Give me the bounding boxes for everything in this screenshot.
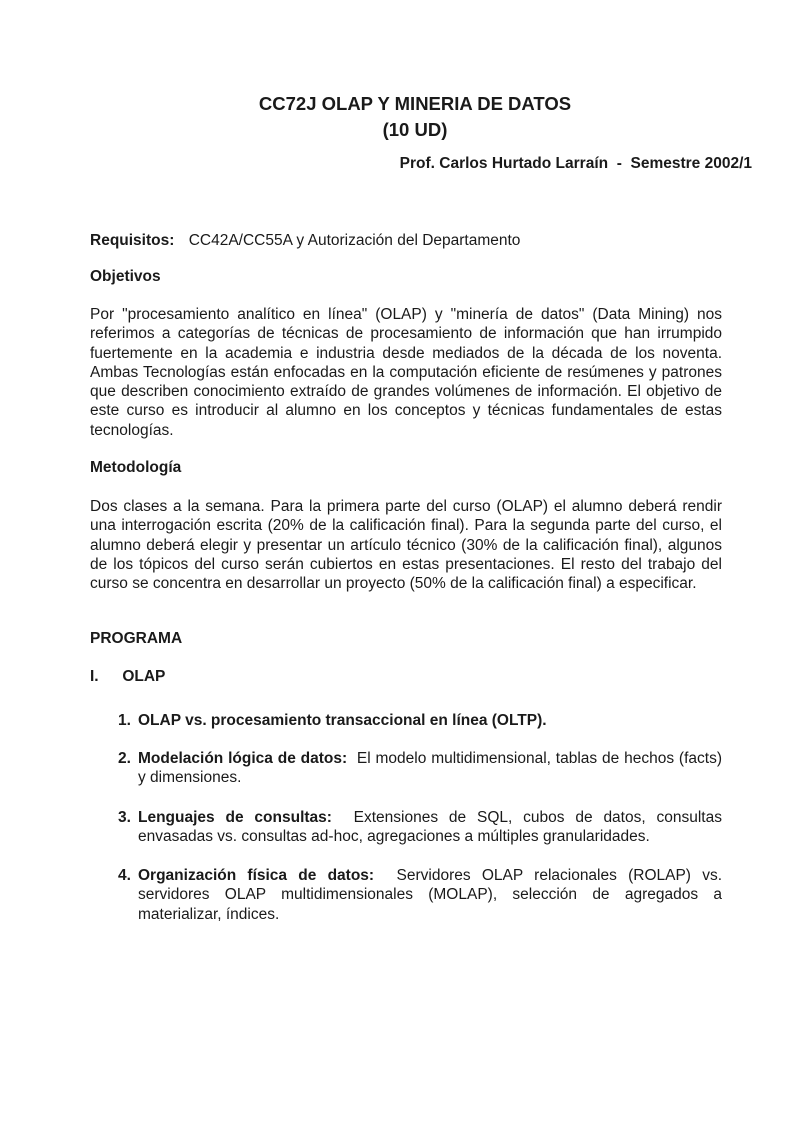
requisitos-value: CC42A/CC55A y Autorización del Departame…	[189, 232, 521, 249]
requisitos-label: Requisitos:	[90, 232, 174, 249]
item-title: Organización física de datos:	[138, 867, 374, 884]
program-item: 4. Organización física de datos: Servido…	[118, 866, 722, 924]
item-number: 4.	[118, 866, 131, 885]
section-number: I.	[90, 668, 118, 686]
item-number: 1.	[118, 711, 131, 730]
section-olap: I. OLAP	[90, 668, 165, 686]
program-item: 3. Lenguajes de consultas: Extensiones d…	[118, 808, 722, 847]
metodologia-heading: Metodología	[90, 459, 181, 477]
program-item: 2. Modelación lógica de datos: El modelo…	[118, 749, 722, 788]
programa-heading: PROGRAMA	[90, 630, 182, 648]
metodologia-paragraph: Dos clases a la semana. Para la primera …	[90, 497, 722, 593]
item-title: Modelación lógica de datos:	[138, 750, 347, 767]
objetivos-heading: Objetivos	[90, 268, 161, 286]
section-title: OLAP	[122, 668, 165, 685]
item-title: Lenguajes de consultas:	[138, 809, 332, 826]
item-number: 2.	[118, 749, 131, 768]
item-title: OLAP vs. procesamiento transaccional en …	[138, 712, 547, 729]
program-item: 1. OLAP vs. procesamiento transaccional …	[118, 711, 722, 730]
document-page: CC72J OLAP Y MINERIA DE DATOS (10 UD) Pr…	[0, 0, 800, 1142]
requisitos-line: Requisitos: CC42A/CC55A y Autorización d…	[90, 232, 520, 250]
item-number: 3.	[118, 808, 131, 827]
objetivos-paragraph: Por "procesamiento analítico en línea" (…	[90, 305, 722, 440]
course-title: CC72J OLAP Y MINERIA DE DATOS	[15, 93, 800, 115]
course-credits: (10 UD)	[15, 119, 800, 141]
professor-semester: Prof. Carlos Hurtado Larraín - Semestre …	[400, 155, 752, 173]
